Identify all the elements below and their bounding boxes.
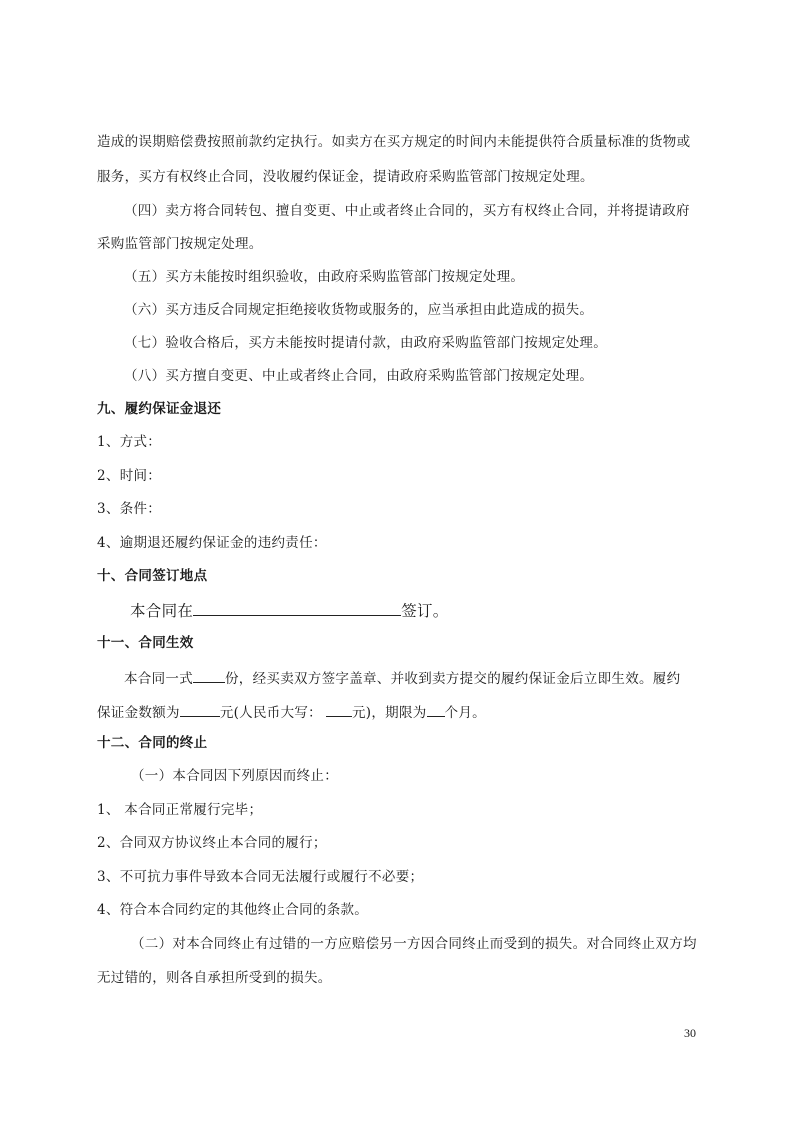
- signing-place-blank[interactable]: [193, 600, 401, 616]
- termination-sub-2-line-1: （二）对本合同终止有过错的一方应赔偿另一方因合同终止而受到的损失。对合同终止双方…: [131, 935, 697, 953]
- effect-text: 份，经买卖双方签字盖章、并收到卖方提交的履约保证金后立即生效。履约: [225, 671, 680, 687]
- effect-text: 保证金数额为: [97, 705, 180, 721]
- section-heading-12: 十二、合同的终止: [97, 734, 207, 752]
- list-item: 1、方式：: [97, 433, 161, 451]
- list-item: 4、符合本合同约定的其他终止合同的条款。: [97, 901, 368, 919]
- deposit-amount-blank[interactable]: [180, 701, 220, 717]
- page-number: 30: [684, 1026, 696, 1041]
- paragraph-line: （五）买方未能按时组织验收，由政府采购监管部门按规定处理。: [124, 268, 524, 286]
- paragraph-line: （四）卖方将合同转包、擅自变更、中止或者终止合同的，买方有权终止合同，并将提请政…: [124, 202, 690, 220]
- list-item: 2、时间：: [97, 467, 161, 485]
- section-heading-9: 九、履约保证金退还: [97, 400, 221, 418]
- paragraph-line: （七）验收合格后，买方未能按时提请付款，由政府采购监管部门按规定处理。: [124, 334, 607, 352]
- effect-text: 元(人民币大写：: [220, 705, 322, 721]
- list-item: 1、 本合同正常履行完毕；: [97, 801, 262, 819]
- termination-sub-1: （一）本合同因下列原因而终止：: [131, 767, 338, 785]
- deposit-amount-words-blank[interactable]: [326, 701, 352, 717]
- effect-text: 本合同一式: [124, 671, 193, 687]
- signing-place-line: 本合同在签订。: [130, 600, 449, 620]
- document-page: 造成的误期赔偿费按照前款约定执行。如卖方在买方规定的时间内未能提供符合质量标准的…: [0, 0, 794, 1122]
- effect-text: 个月。: [445, 705, 486, 721]
- list-item: 3、不可抗力事件导致本合同无法履行或履行不必要；: [97, 868, 423, 886]
- list-item: 4、逾期退还履约保证金的违约责任：: [97, 534, 327, 552]
- effect-text: 元)，期限为: [352, 705, 427, 721]
- paragraph-line: （八）买方擅自变更、中止或者终止合同，由政府采购监管部门按规定处理。: [124, 367, 593, 385]
- section-heading-10: 十、合同签订地点: [97, 567, 207, 585]
- effect-line-2: 保证金数额为元(人民币大写：元)，期限为个月。: [97, 701, 486, 722]
- paragraph-line: （六）买方违反合同规定拒绝接收货物或服务的，应当承担由此造成的损失。: [124, 301, 593, 319]
- effect-line-1: 本合同一式份，经买卖双方签字盖章、并收到卖方提交的履约保证金后立即生效。履约: [124, 667, 680, 688]
- paragraph-line: 造成的误期赔偿费按照前款约定执行。如卖方在买方规定的时间内未能提供符合质量标准的…: [97, 133, 690, 151]
- termination-sub-2-line-2: 无过错的，则各自承担所受到的损失。: [97, 969, 332, 987]
- section-heading-11: 十一、合同生效: [97, 634, 194, 652]
- copies-blank[interactable]: [193, 667, 225, 683]
- paragraph-line: 服务，买方有权终止合同，没收履约保证金，提请政府采购监管部门按规定处理。: [97, 168, 594, 186]
- signing-place-suffix: 签订。: [401, 602, 448, 620]
- paragraph-line: 采购监管部门按规定处理。: [97, 235, 263, 253]
- term-months-blank[interactable]: [427, 701, 445, 717]
- signing-place-prefix: 本合同在: [130, 602, 193, 620]
- list-item: 3、条件：: [97, 500, 161, 518]
- list-item: 2、合同双方协议终止本合同的履行；: [97, 834, 327, 852]
